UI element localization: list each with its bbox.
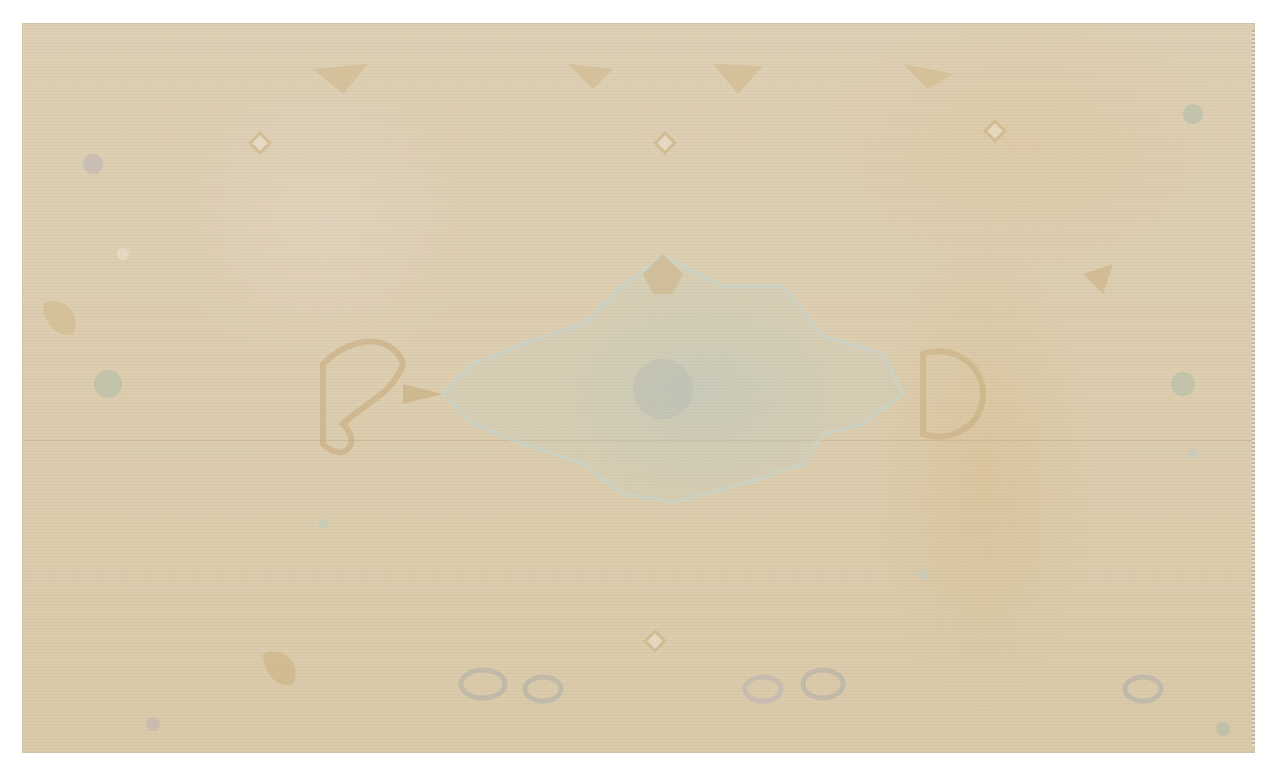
rug-pattern [23,24,1254,752]
central-medallion [443,254,903,502]
left-pendant [323,342,443,453]
right-pendant [923,351,983,436]
